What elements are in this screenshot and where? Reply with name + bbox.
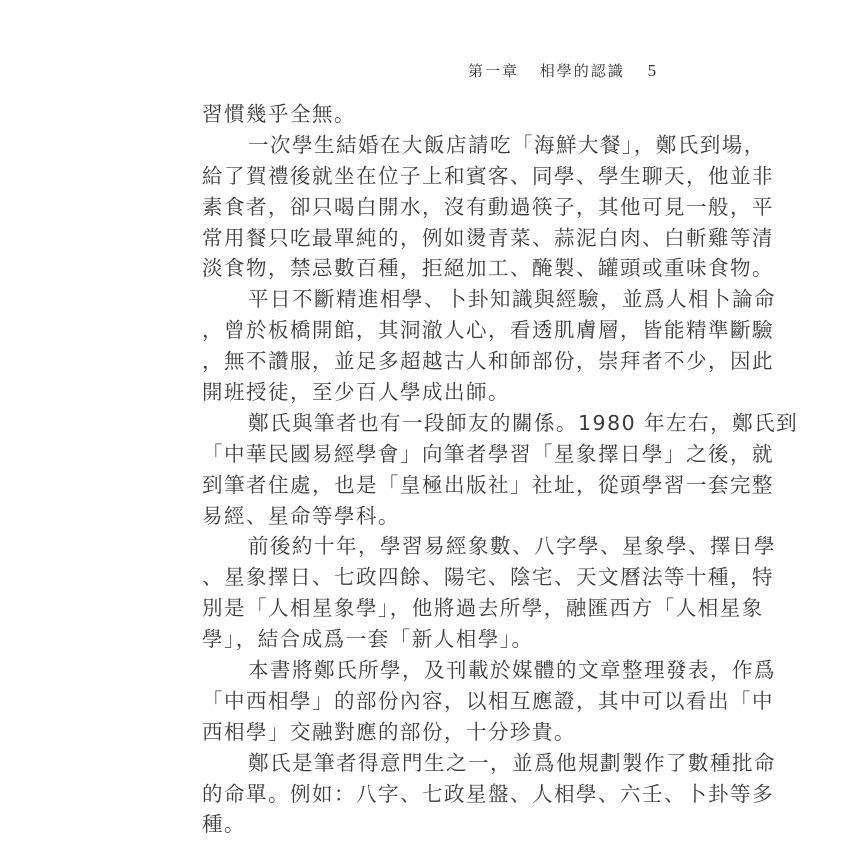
chapter-title: 相學的認識 (540, 62, 625, 80)
chapter-label: 第一章 (468, 62, 519, 80)
text-line: 的命單。例如：八字、七政星盤、人相學、六壬、卜卦等多 (202, 779, 652, 810)
text-line: 鄭氏是筆者得意門生之一，並爲他規劃製作了數種批命 (202, 748, 652, 779)
text-line: 素食者，卻只喝白開水，沒有動過筷子，其他可見一般，平 (202, 192, 652, 223)
text-line: 一次學生結婚在大飯店請吃「海鮮大餐」，鄭氏到場， (202, 130, 652, 161)
text-line: 本書將鄭氏所學，及刊載於媒體的文章整理發表，作爲 (202, 655, 652, 686)
text-line: 淡食物，禁忌數百種，拒絕加工、醃製、罐頭或重味食物。 (202, 253, 652, 284)
text-line: 前後約十年，學習易經象數、八字學、星象學、擇日學 (202, 531, 652, 562)
text-line: 鄭氏與筆者也有一段師友的關係。1980 年左右，鄭氏到 (202, 408, 652, 439)
text-line: 易經、星命等學科。 (202, 501, 652, 532)
text-line: ，曾於板橋開館，其洞澈人心，看透肌膚層，皆能精準斷驗 (202, 315, 652, 346)
text-line: 「中華民國易經學會」向筆者學習「星象擇日學」之後，就 (202, 439, 652, 470)
text-line: 給了賀禮後就坐在位子上和賓客、同學、學生聊天，他並非 (202, 161, 652, 192)
text-line: 「中西相學」的部份內容，以相互應證，其中可以看出「中 (202, 686, 652, 717)
text-line: 種。 (202, 809, 652, 840)
text-line: 平日不斷精進相學、卜卦知識與經驗，並爲人相卜論命 (202, 284, 652, 315)
text-line: 到筆者住處，也是「皇極出版社」社址，從頭學習一套完整 (202, 470, 652, 501)
page-body-text: 習慣幾乎全無。 一次學生結婚在大飯店請吃「海鮮大餐」，鄭氏到場， 給了賀禮後就坐… (202, 99, 652, 840)
running-header: 第一章 相學的認識 5 (468, 60, 638, 84)
text-line: 西相學」交融對應的部份，十分珍貴。 (202, 717, 652, 748)
text-line: 、星象擇日、七政四餘、陽宅、陰宅、天文曆法等十種，特 (202, 562, 652, 593)
page-number: 5 (648, 61, 659, 80)
text-line: 開班授徒，至少百人學成出師。 (202, 377, 652, 408)
text-line: 別是「人相星象學」，他將過去所學，融匯西方「人相星象 (202, 593, 652, 624)
text-line: ，無不讚服，並足多超越古人和師部份，崇拜者不少，因此 (202, 346, 652, 377)
text-line: 學」，結合成爲一套「新人相學」。 (202, 624, 652, 655)
text-line: 常用餐只吃最單純的，例如燙青菜、蒜泥白肉、白斬雞等清 (202, 223, 652, 254)
text-line: 習慣幾乎全無。 (202, 99, 652, 130)
